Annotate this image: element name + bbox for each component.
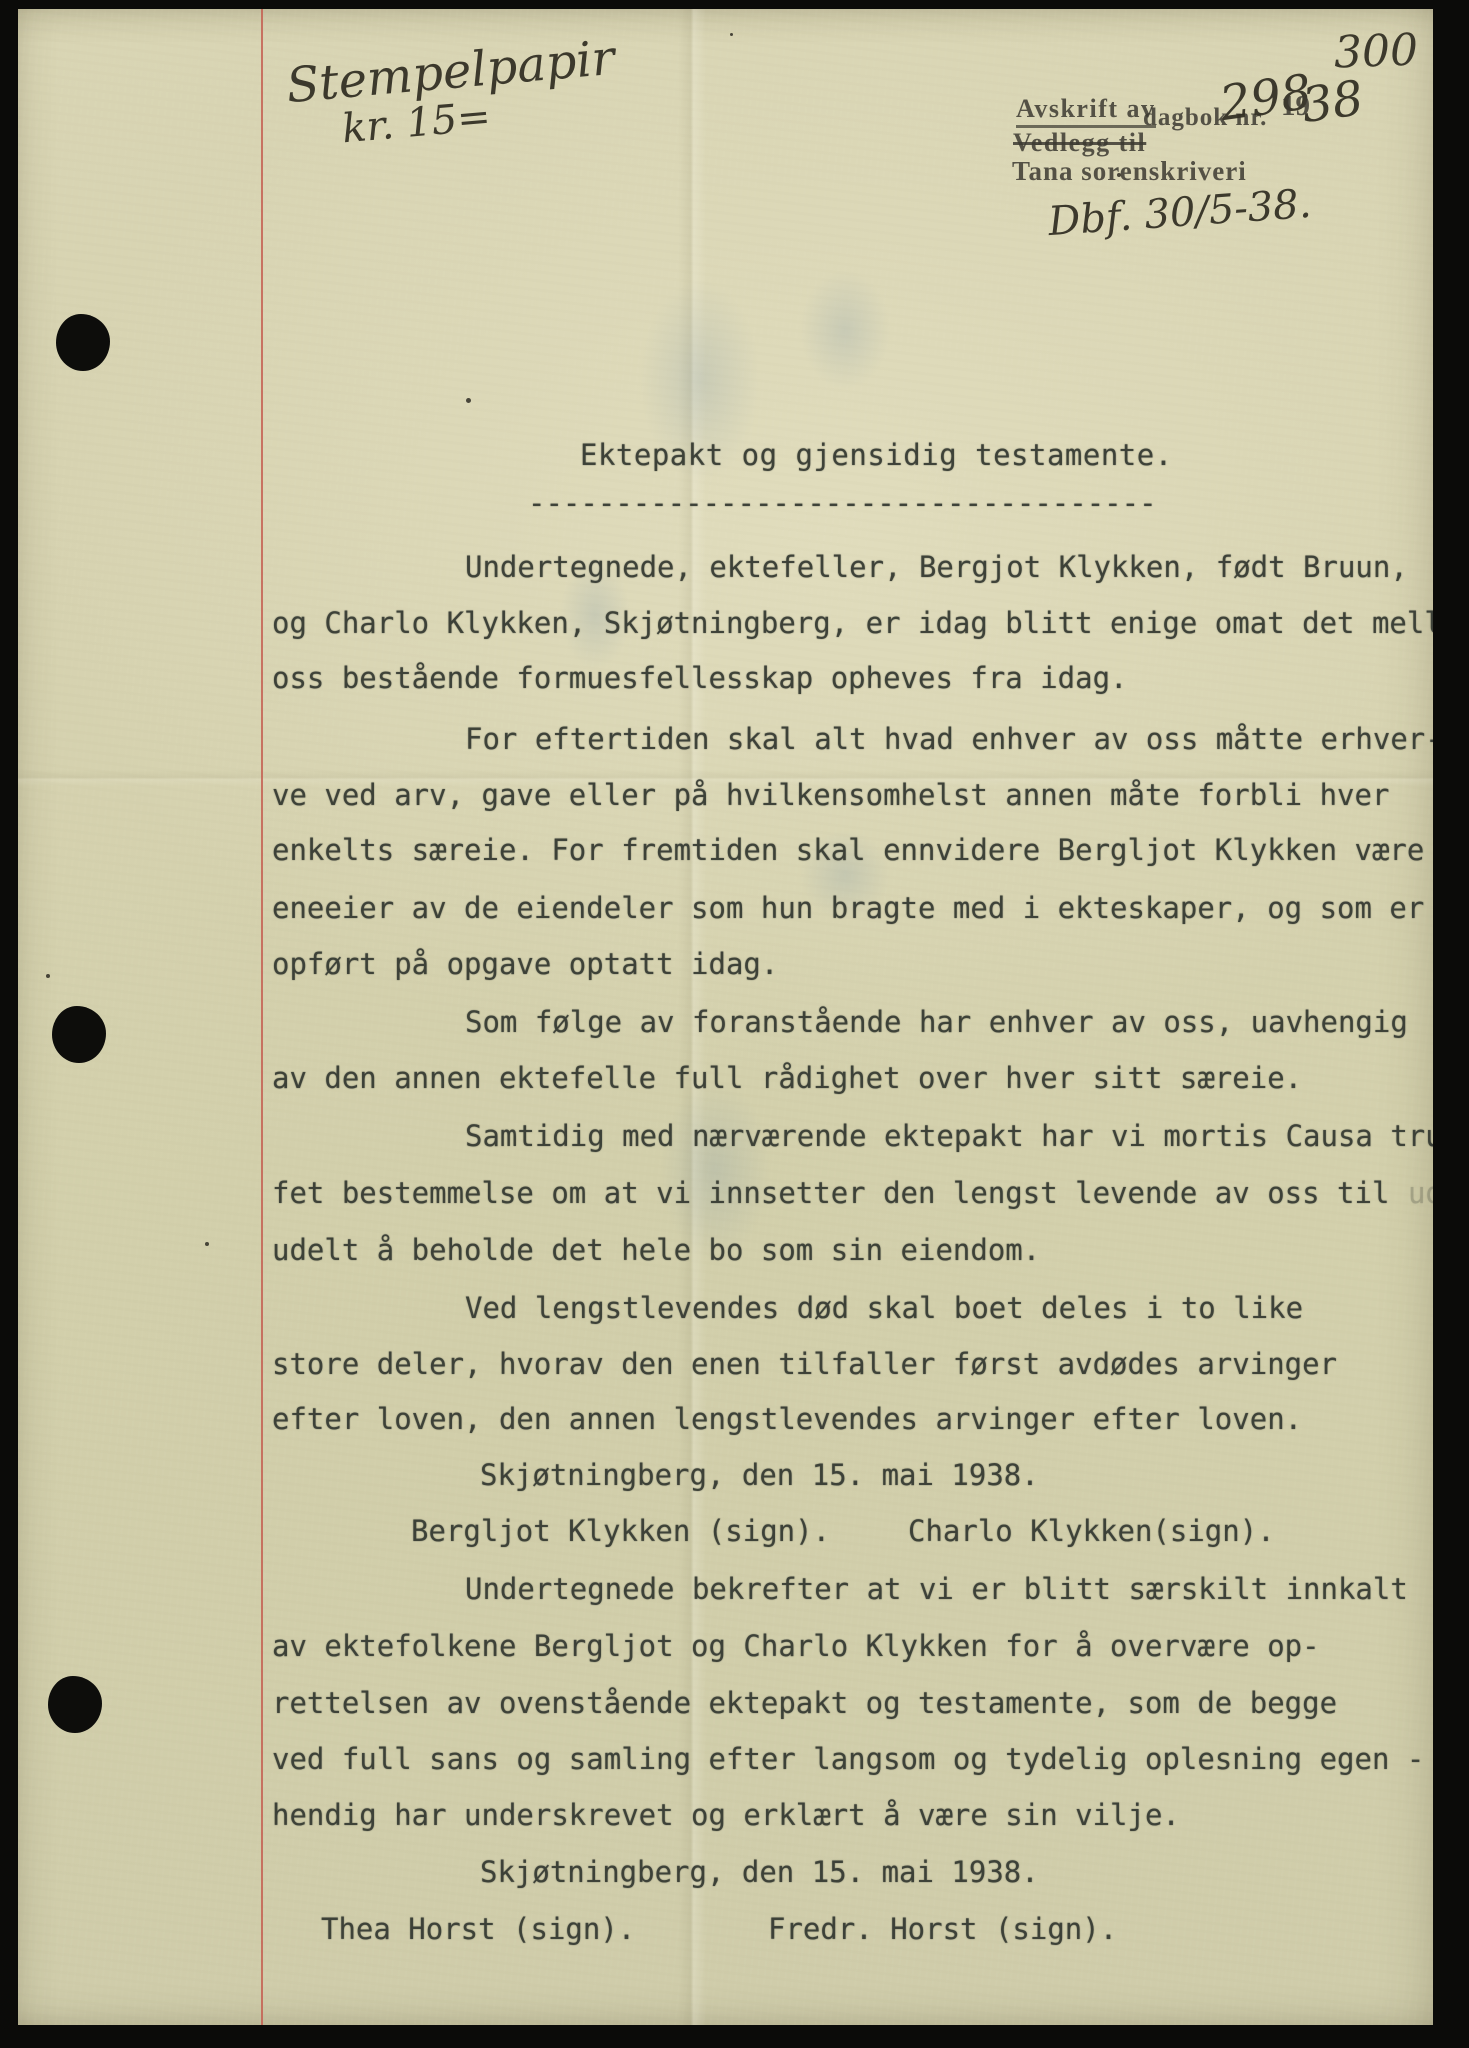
ink-bleed-smudge <box>800 270 890 390</box>
typed-line: Undertegnede, ektefeller, Bergjot Klykke… <box>465 550 1408 584</box>
typed-line: Som følge av foranstående har enhver av … <box>465 1005 1408 1039</box>
typed-line: oss bestående formuesfellesskap opheves … <box>272 661 1128 695</box>
stamp-avskrift-av: Avskrift av <box>1016 94 1156 128</box>
stamp-office-name: Tana sorenskriveri <box>1012 156 1247 187</box>
typed-line: Undertegnede bekrefter at vi er blitt sæ… <box>465 1572 1408 1606</box>
typed-line: hendig har underskrevet og erklært å vær… <box>272 1798 1180 1832</box>
paper-speck <box>730 33 733 36</box>
typed-line: efter loven, den annen lengstlevendes ar… <box>272 1402 1302 1436</box>
punch-hole <box>56 314 110 371</box>
typed-line: og Charlo Klykken, Skjøtningberg, er ida… <box>272 606 1469 640</box>
scan-edge-top <box>0 0 1469 9</box>
punch-hole <box>52 1006 106 1063</box>
typed-line: av den annen ektefelle full rådighet ove… <box>272 1061 1302 1095</box>
typed-line: Thea Horst (sign). <box>321 1912 635 1946</box>
typed-line: rettelsen av ovenstående ektepakt og tes… <box>272 1686 1337 1720</box>
document-title: Ektepakt og gjensidig testamente. <box>580 438 1173 472</box>
typed-line: fet bestemmelse om at vi innsetter den l… <box>272 1176 1389 1210</box>
typed-line: Skjøtningberg, den 15. mai 1938. <box>480 1458 1039 1492</box>
typed-line: Ved lengstlevendes død skal boet deles i… <box>465 1291 1303 1325</box>
typed-line: store deler, hvorav den enen tilfaller f… <box>272 1347 1337 1381</box>
scan-edge-right <box>1433 0 1469 2048</box>
typed-line: Charlo Klykken(sign). <box>908 1514 1275 1548</box>
typed-line: opført på opgave optatt idag. <box>272 947 778 981</box>
typed-line: enkelts særeie. For fremtiden skal ennvi… <box>272 833 1424 867</box>
typed-line: For eftertiden skal alt hvad enhver av o… <box>465 722 1443 756</box>
typed-line: ved full sans og samling efter langsom o… <box>272 1742 1424 1776</box>
scan-edge-bottom <box>0 2025 1469 2048</box>
paper-speck <box>46 974 50 978</box>
typed-line: eneeier av de eiendeler som hun bragte m… <box>272 891 1424 925</box>
typed-line: udelt å beholde det hele bo som sin eien… <box>272 1233 1040 1267</box>
paper-speck <box>205 1242 209 1246</box>
typed-line: Bergljot Klykken (sign). <box>411 1514 830 1548</box>
typed-line: ve ved arv, gave eller på hvilkensomhels… <box>272 778 1389 812</box>
page-number: 300 <box>1333 25 1419 79</box>
handwritten-year-suffix: 38 <box>1298 70 1366 134</box>
stamp-vedlegg-til-struck: Vedlegg til <box>1013 128 1146 158</box>
paper-speck <box>466 398 471 403</box>
typed-line: av ektefolkene Bergljot og Charlo Klykke… <box>272 1629 1320 1663</box>
title-divider-dashes: ------------------------------------ <box>528 486 1157 520</box>
typed-line: Samtidig med nærværende ektepakt har vi … <box>465 1119 1460 1153</box>
typed-line: Fredr. Horst (sign). <box>768 1912 1117 1946</box>
typed-line: Skjøtningberg, den 15. mai 1938. <box>480 1855 1039 1889</box>
scanned-document-page: Stempelpapir kr. 15= 300 Avskrift av Ved… <box>0 0 1469 2048</box>
scan-edge-left <box>0 0 18 2048</box>
punch-hole <box>48 1676 102 1733</box>
handwritten-date-note: Dbf. 30/5-38. <box>1047 181 1313 245</box>
red-margin-line <box>261 9 263 2025</box>
